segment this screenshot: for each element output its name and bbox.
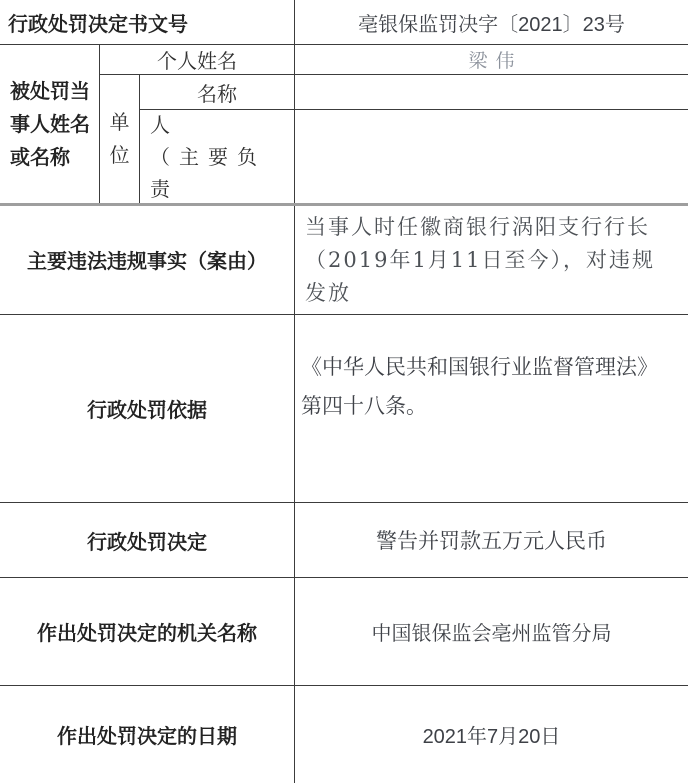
date-value: 2021年7月20日 (423, 720, 561, 749)
personal-name-label: 个人姓名 (157, 45, 237, 74)
facts-label-cell: 主要违法违规事实（案由） (0, 205, 295, 315)
decision-label-cell: 行政处罚决定 (0, 503, 295, 578)
decision-label: 行政处罚决定 (87, 526, 207, 555)
unit-label-cell: 单 位 (100, 75, 140, 205)
decision-value: 警告并罚款五万元人民币 (376, 525, 607, 555)
basis-value-cell: 《中华人民共和国银行业监督管理法》 第四十八条。 (295, 315, 688, 503)
punished-party-group-label: 被处罚当 事人姓名 或名称 (10, 76, 90, 175)
facts-value: 当事人时任徽商银行涡阳支行行长 （2019年1月11日至今），对违规发放 流动资… (305, 211, 676, 315)
penalty-decision-table: 行政处罚决定书文号 亳银保监罚决字〔2021〕23号 被处罚当 事人姓名 或名称… (0, 0, 688, 783)
legal-rep-label-cell: 法定代表人 （主要负责 人）姓名 (140, 110, 295, 205)
facts-label: 主要违法违规事实（案由） (27, 245, 267, 274)
date-label-cell: 作出处罚决定的日期 (0, 686, 295, 783)
personal-name-label-cell: 个人姓名 (100, 45, 295, 75)
doc-number-value: 亳银保监罚决字〔2021〕23号 (358, 8, 625, 37)
unit-name-label: 名称 (197, 78, 237, 107)
doc-number-label-cell: 行政处罚决定书文号 (0, 0, 295, 45)
facts-value-cell: 当事人时任徽商银行涡阳支行行长 （2019年1月11日至今），对违规发放 流动资… (295, 205, 688, 315)
section-separator-line (0, 203, 688, 206)
basis-value: 《中华人民共和国银行业监督管理法》 第四十八条。 (301, 348, 658, 426)
unit-name-label-cell: 名称 (140, 75, 295, 110)
authority-label-cell: 作出处罚决定的机关名称 (0, 578, 295, 686)
legal-rep-value-cell (295, 110, 688, 205)
decision-value-cell: 警告并罚款五万元人民币 (295, 503, 688, 578)
basis-label: 行政处罚依据 (87, 394, 207, 423)
punished-party-group-label-cell: 被处罚当 事人姓名 或名称 (0, 45, 100, 205)
date-label: 作出处罚决定的日期 (57, 720, 237, 749)
legal-rep-label: 法定代表人 （主要负责 人）姓名 (150, 110, 294, 205)
date-value-cell: 2021年7月20日 (295, 686, 688, 783)
personal-name-value-cell: 梁伟 (295, 45, 688, 75)
unit-name-value-cell (295, 75, 688, 110)
unit-label: 单 位 (110, 107, 130, 173)
authority-label: 作出处罚决定的机关名称 (37, 617, 257, 646)
doc-number-value-cell: 亳银保监罚决字〔2021〕23号 (295, 0, 688, 45)
basis-label-cell: 行政处罚依据 (0, 315, 295, 503)
doc-number-label: 行政处罚决定书文号 (8, 8, 188, 37)
authority-value-cell: 中国银保监会亳州监管分局 (295, 578, 688, 686)
personal-name-value: 梁伟 (460, 46, 522, 73)
authority-value: 中国银保监会亳州监管分局 (372, 617, 612, 646)
